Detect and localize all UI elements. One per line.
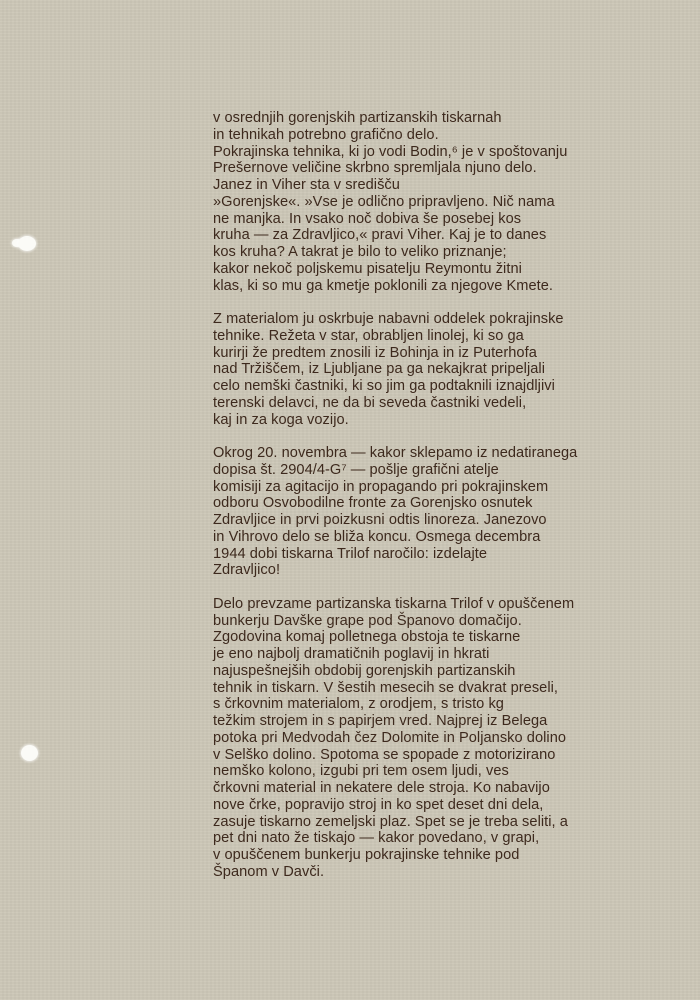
text-line: Pokrajinska tehnika, ki jo vodi Bodin,⁶ … <box>213 144 653 161</box>
text-line: komisiji za agitacijo in propagando pri … <box>213 479 653 496</box>
text-line: Okrog 20. novembra — kakor sklepamo iz n… <box>213 445 653 462</box>
text-line: v Selško dolino. Spotoma se spopade z mo… <box>213 747 653 764</box>
text-line: Janez in Viher sta v središču <box>213 177 653 194</box>
text-line: »Gorenjske«. »Vse je odlično pripravljen… <box>213 194 653 211</box>
text-line: težkim strojem in s papirjem vred. Najpr… <box>213 713 653 730</box>
text-line: Zgodovina komaj polletnega obstoja te ti… <box>213 629 653 646</box>
paragraph: Okrog 20. novembra — kakor sklepamo iz n… <box>213 445 653 579</box>
text-line: kurirji že predtem znosili iz Bohinja in… <box>213 345 653 362</box>
text-line: je eno najbolj dramatičnih poglavij in h… <box>213 646 653 663</box>
text-line: terenski delavci, ne da bi seveda častni… <box>213 395 653 412</box>
paragraph: Delo prevzame partizanska tiskarna Trilo… <box>213 596 653 881</box>
text-line: kaj in za koga vozijo. <box>213 412 653 429</box>
text-line: 1944 dobi tiskarna Trilof naročilo: izde… <box>213 546 653 563</box>
text-line: klas, ki so mu ga kmetje poklonili za nj… <box>213 278 653 295</box>
text-line: Španom v Davči. <box>213 864 653 881</box>
text-line: pet dni nato že tiskajo — kakor povedano… <box>213 830 653 847</box>
text-line: in Vihrovo delo se bliža koncu. Osmega d… <box>213 529 653 546</box>
text-line: nemško kolono, izgubi pri tem osem ljudi… <box>213 763 653 780</box>
text-line: Z materialom ju oskrbuje nabavni oddelek… <box>213 311 653 328</box>
text-line: črkovni material in nekatere dele stroja… <box>213 780 653 797</box>
text-line: Zdravljico! <box>213 562 653 579</box>
text-line: tehnike. Režeta v star, obrabljen linole… <box>213 328 653 345</box>
text-line: zasuje tiskarno zemeljski plaz. Spet se … <box>213 814 653 831</box>
text-line: potoka pri Medvodah čez Dolomite in Polj… <box>213 730 653 747</box>
text-line: kos kruha? A takrat je bilo to veliko pr… <box>213 244 653 261</box>
text-line: bunkerju Davške grape pod Španovo domači… <box>213 613 653 630</box>
text-line: odboru Osvobodilne fronte za Gorenjsko o… <box>213 495 653 512</box>
text-line: kruha — za Zdravljico,« pravi Viher. Kaj… <box>213 227 653 244</box>
text-line: ne manjka. In vsako noč dobiva še posebe… <box>213 211 653 228</box>
paragraph: Z materialom ju oskrbuje nabavni oddelek… <box>213 311 653 428</box>
text-line: v osrednjih gorenjskih partizanskih tisk… <box>213 110 653 127</box>
text-line: Zdravljice in prvi poizkusni odtis linor… <box>213 512 653 529</box>
text-line: nad Tržiščem, iz Ljubljane pa ga nekajkr… <box>213 361 653 378</box>
punch-hole-bottom <box>21 745 38 761</box>
text-line: dopisa št. 2904/4-G⁷ — pošlje grafični a… <box>213 462 653 479</box>
scanned-page: v osrednjih gorenjskih partizanskih tisk… <box>0 0 700 1000</box>
text-line: celo nemški častniki, ki so jim ga podta… <box>213 378 653 395</box>
text-line: s črkovnim materialom, z orodjem, s tris… <box>213 696 653 713</box>
punch-hole-top <box>18 236 36 251</box>
text-line: tehnik in tiskarn. V šestih mesecih se d… <box>213 680 653 697</box>
body-text: v osrednjih gorenjskih partizanskih tisk… <box>213 110 653 897</box>
text-line: Prešernove veličine skrbno spremljala nj… <box>213 160 653 177</box>
text-line: najuspešnejših obdobij gorenjskih partiz… <box>213 663 653 680</box>
text-line: kakor nekoč poljskemu pisatelju Reymontu… <box>213 261 653 278</box>
text-line: v opuščenem bunkerju pokrajinske tehnike… <box>213 847 653 864</box>
paragraph: v osrednjih gorenjskih partizanskih tisk… <box>213 110 653 294</box>
text-line: nove črke, popravijo stroj in ko spet de… <box>213 797 653 814</box>
text-line: in tehnikah potrebno grafično delo. <box>213 127 653 144</box>
text-line: Delo prevzame partizanska tiskarna Trilo… <box>213 596 653 613</box>
